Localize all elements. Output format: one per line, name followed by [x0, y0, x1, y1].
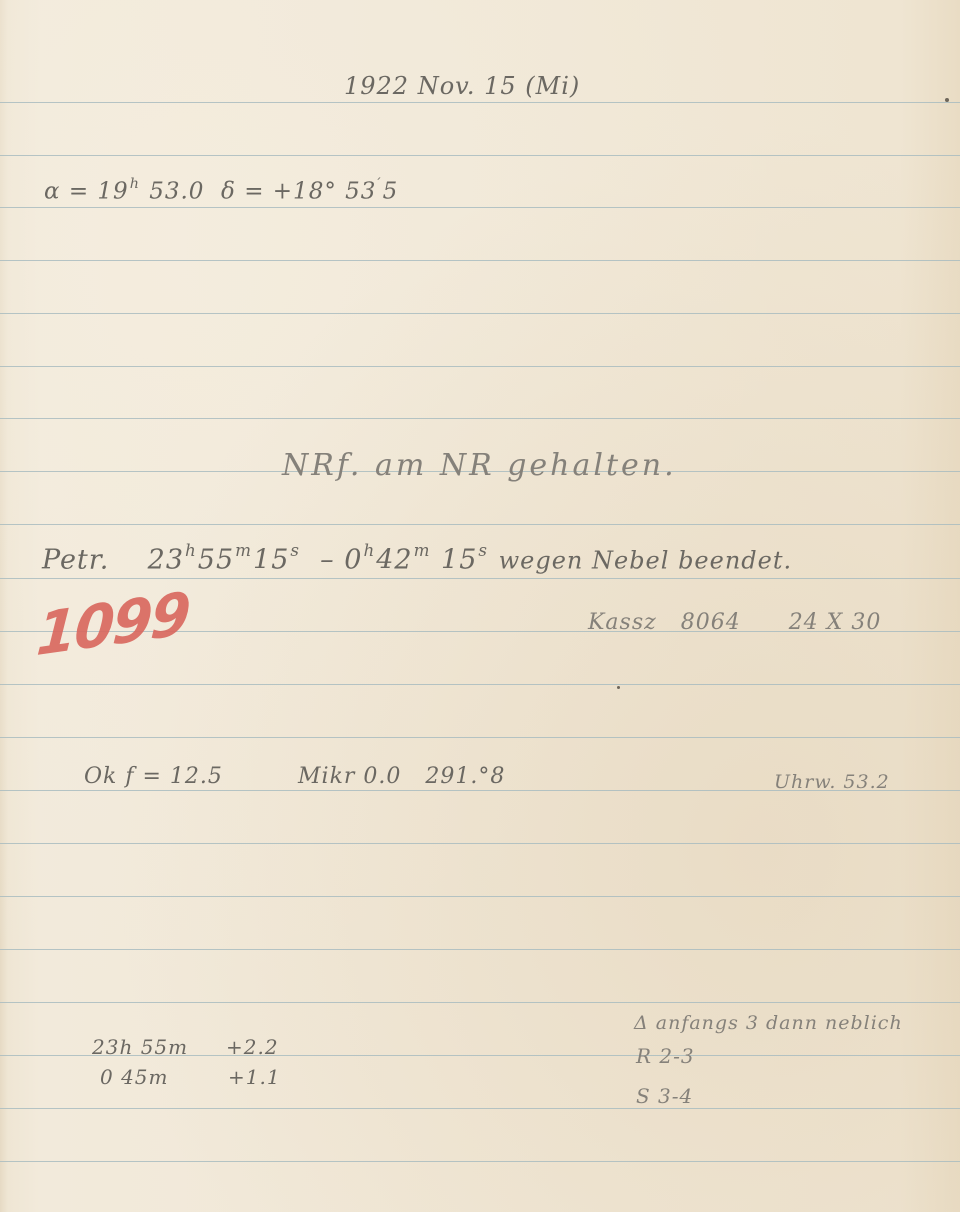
exposure-remark: wegen Nebel beendet. [499, 547, 793, 575]
ruled-line [0, 207, 960, 208]
position-angle: 291.°8 [425, 764, 505, 789]
arcmin-unit: ′ [377, 176, 381, 192]
cassette-number: 8064 [681, 610, 741, 635]
delta-minutes: 53 [345, 179, 376, 205]
ruled-line [0, 524, 960, 525]
second-unit: s [478, 540, 488, 560]
alpha-label: α = 19 [44, 179, 129, 205]
ruled-line [0, 896, 960, 897]
hour-unit: h [363, 540, 375, 560]
ruled-line [0, 684, 960, 685]
ocular-focus: Ok f = 12.5 [84, 764, 223, 789]
start-minutes: 55 [198, 545, 234, 576]
seeing-note: Δ anfangs 3 dann neblich [634, 1012, 903, 1034]
ruled-line [0, 737, 960, 738]
mikr-value: 0.0 [363, 764, 401, 789]
ruled-line [0, 102, 960, 103]
cassette-label: Kassz [588, 610, 657, 635]
minute-unit: m [235, 540, 252, 560]
ruled-line [0, 843, 960, 844]
plate-size: 24 X 30 [789, 610, 882, 635]
ruled-line [0, 1002, 960, 1003]
end-minutes: 42 [376, 545, 412, 576]
ruled-line [0, 1161, 960, 1162]
hour-unit: h [130, 176, 140, 192]
ruled-line [0, 366, 960, 367]
delta-label: δ = +18° [221, 179, 337, 205]
seeing-note: R 2-3 [636, 1044, 695, 1068]
ruled-line [0, 1108, 960, 1109]
paper-speck [945, 98, 949, 102]
second-unit: s [290, 540, 300, 560]
correction-value: +2.2 [226, 1035, 279, 1059]
ruled-line [0, 313, 960, 314]
ruled-line [0, 418, 960, 419]
correction-time: 23h 55m [92, 1035, 188, 1059]
delta-decimal: 5 [383, 179, 399, 205]
hour-unit: h [185, 540, 197, 560]
clock-reading: Uhrw. 53.2 [774, 771, 890, 793]
plate-info: Kassz 8064 24 X 30 [588, 610, 881, 635]
minute-unit: m [414, 540, 431, 560]
paper-speck [617, 686, 620, 689]
start-hours: 23 [148, 545, 184, 576]
end-hours: 0 [344, 545, 362, 576]
end-seconds: 15 [441, 545, 477, 576]
micrometer-reading: Mikr 0.0 291.°8 [298, 764, 505, 789]
start-seconds: 15 [253, 545, 289, 576]
notebook-page: 1922 Nov. 15 (Mi) α = 19h 53.0 δ = +18° … [0, 0, 960, 1212]
correction-time: 0 45m [100, 1065, 169, 1089]
ruled-line [0, 578, 960, 579]
exposure-line: Petr. 23h55m15s – 0h42m 15s wegen Nebel … [42, 540, 792, 576]
guiding-note: NRf. am NR gehalten. [282, 448, 677, 483]
mikr-label: Mikr [298, 764, 355, 789]
range-dash: – [320, 545, 335, 576]
entry-date: 1922 Nov. 15 (Mi) [344, 72, 580, 100]
correction-value: +1.1 [228, 1065, 281, 1089]
plate-number: 1099 [34, 579, 191, 670]
seeing-note: S 3-4 [636, 1084, 693, 1108]
coordinates-line: α = 19h 53.0 δ = +18° 53′5 [44, 176, 398, 205]
ruled-line [0, 949, 960, 950]
exposure-label: Petr. [42, 545, 109, 576]
ruled-line [0, 260, 960, 261]
alpha-value: 53.0 [149, 179, 204, 205]
ruled-line [0, 155, 960, 156]
